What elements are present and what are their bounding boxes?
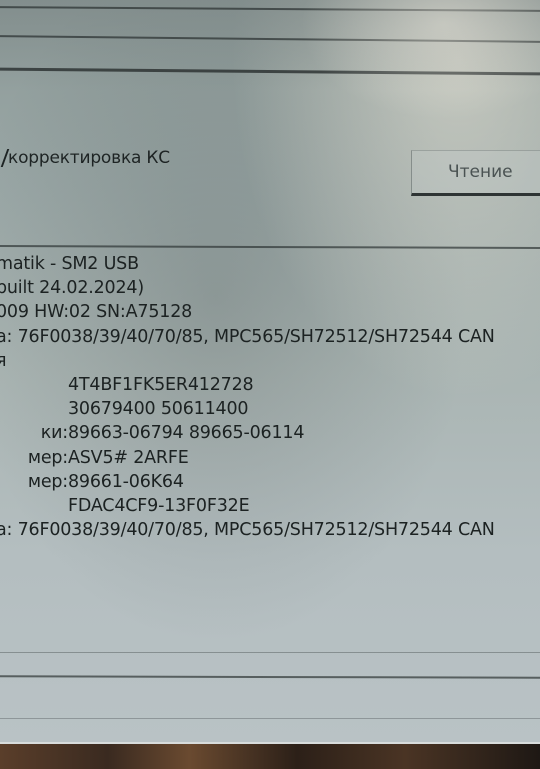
monitor-bezel <box>0 742 540 769</box>
info-interface-line: matik - SM2 USB <box>0 252 495 276</box>
info-field-id: FDAC4CF9-13F0F32E <box>0 494 495 518</box>
read-button[interactable]: Чтение <box>411 150 540 196</box>
info-hw-line: 009 HW:02 SN:A75128 <box>0 300 495 324</box>
field-value: 89661-06K64 <box>68 470 184 494</box>
info-section-heading: я <box>0 349 495 373</box>
checksum-correction-label: корректировка КС <box>8 148 170 168</box>
field-label: мер: <box>0 470 68 494</box>
info-build-line: built 24.02.2024) <box>0 276 495 300</box>
field-label <box>0 397 68 421</box>
field-value: 4T4BF1FK5ER412728 <box>68 373 253 397</box>
window-frame <box>0 0 540 90</box>
info-support-line-2: а: 76F0038/39/40/70/85, MPC565/SH72512/S… <box>0 518 495 542</box>
field-value: 30679400 50611400 <box>68 397 248 421</box>
info-field-part-numbers: ки: 89663-06794 89665-06114 <box>0 421 495 445</box>
field-label <box>0 494 68 518</box>
info-panel: matik - SM2 USB built 24.02.2024) 009 HW… <box>0 252 495 542</box>
divider <box>0 652 540 653</box>
info-field-vin: 4T4BF1FK5ER412728 <box>0 373 495 397</box>
info-support-line: а: 76F0038/39/40/70/85, MPC565/SH72512/S… <box>0 325 495 349</box>
divider <box>0 718 540 719</box>
application-window: корректировка КС Чтение matik - SM2 USB … <box>0 0 540 742</box>
field-value: FDAC4CF9-13F0F32E <box>68 494 249 518</box>
info-field-ecu-number: мер: 89661-06K64 <box>0 470 495 494</box>
field-value: 89663-06794 89665-06114 <box>68 421 304 445</box>
read-button-label: Чтение <box>448 162 513 182</box>
field-value: ASV5# 2ARFE <box>68 446 189 470</box>
info-field-calibration: 30679400 50611400 <box>0 397 495 421</box>
field-label: ки: <box>0 421 68 445</box>
field-label <box>0 373 68 397</box>
field-label: мер: <box>0 446 68 470</box>
divider <box>0 675 540 678</box>
checksum-correction-option[interactable]: корректировка КС <box>0 148 170 168</box>
divider <box>0 245 540 249</box>
info-field-engine-number: мер: ASV5# 2ARFE <box>0 446 495 470</box>
